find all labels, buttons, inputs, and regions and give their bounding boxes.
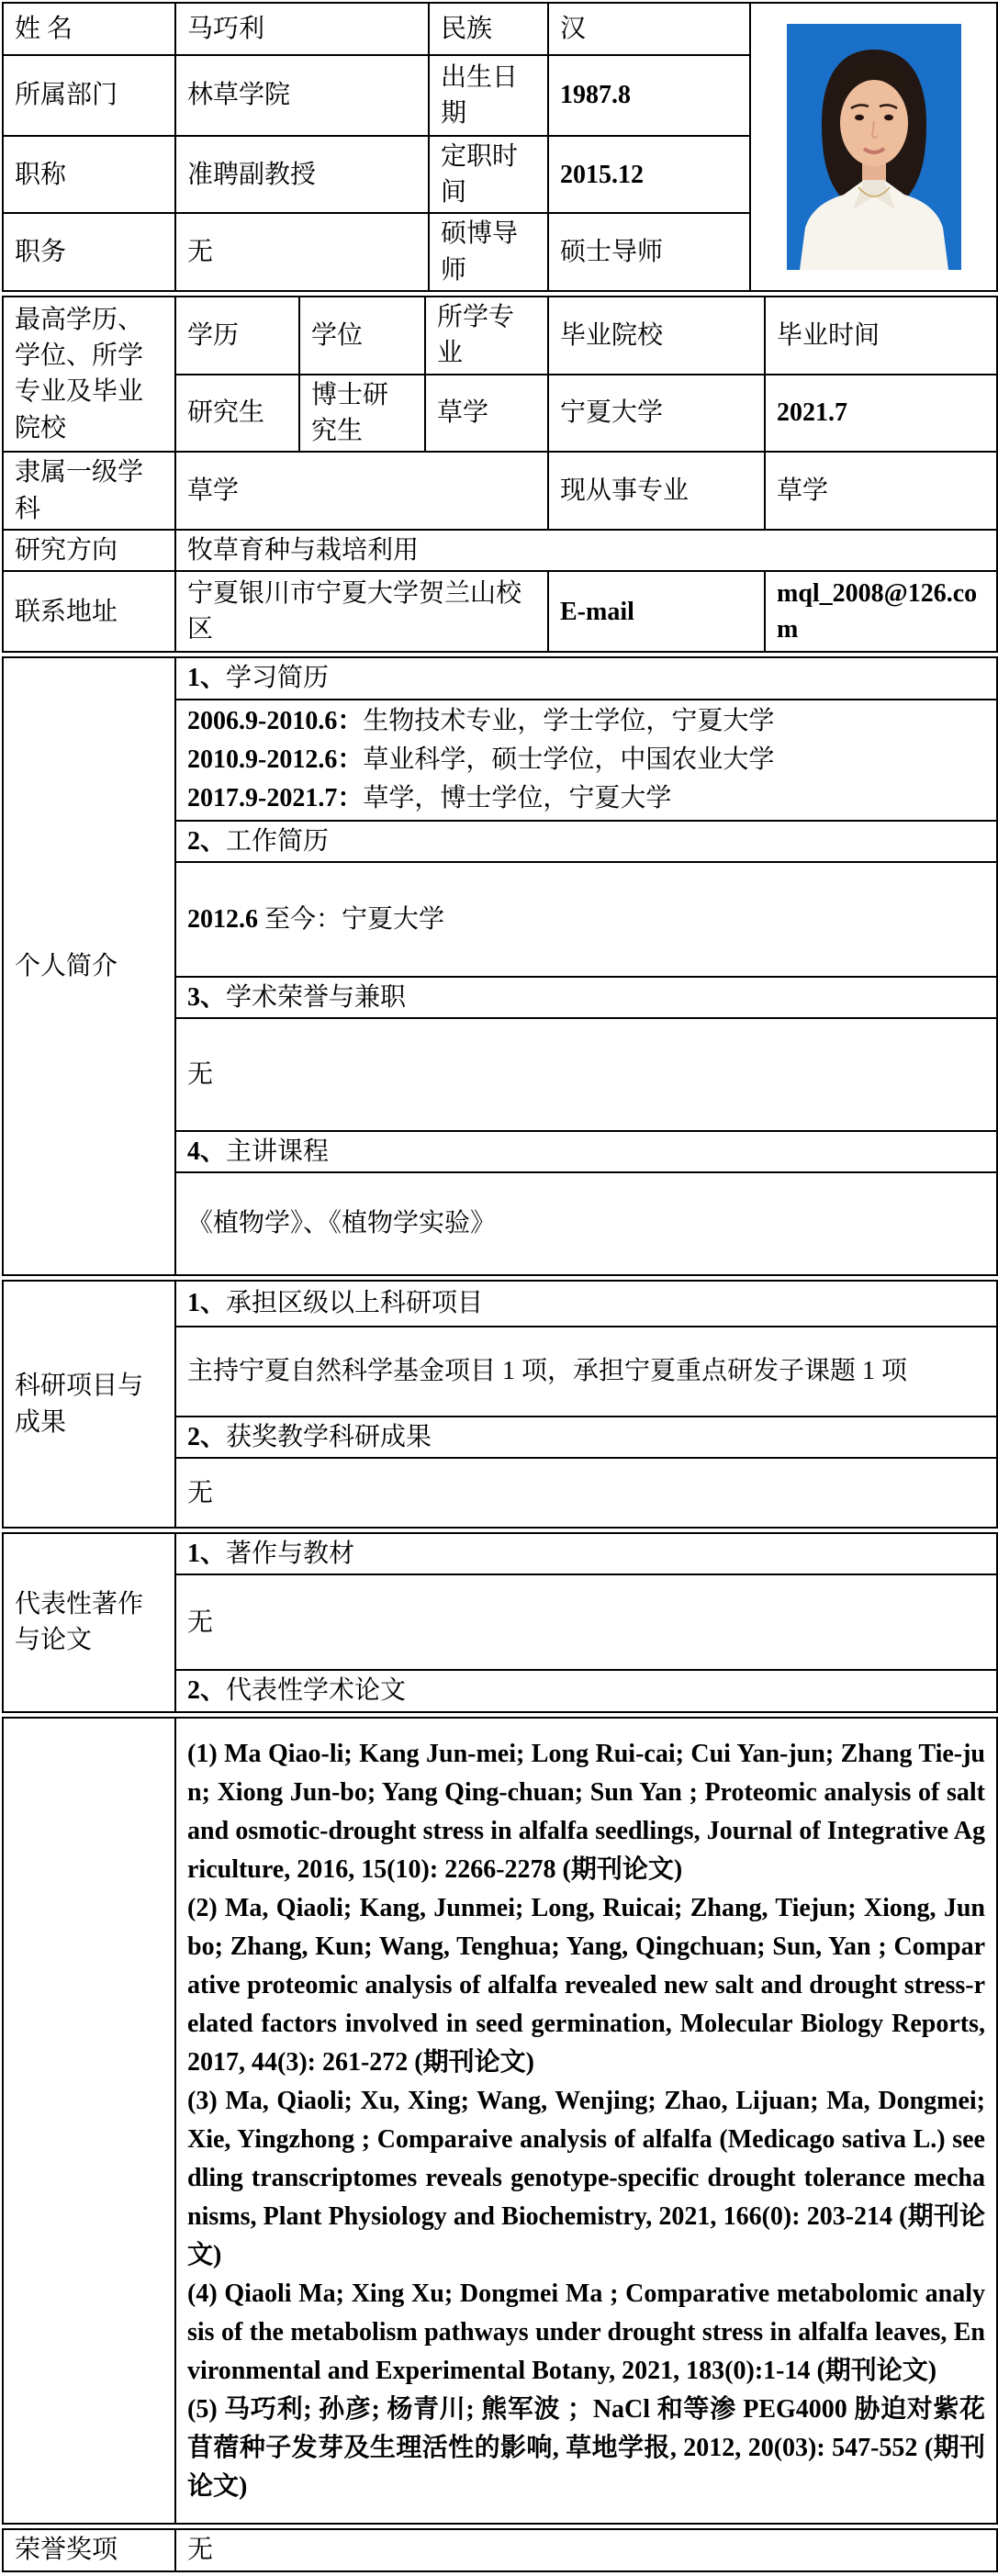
- work-history-cell: 2012.6 至今：宁夏大学: [175, 862, 997, 977]
- study-history-cell: 2006.9-2010.6：生物技术专业，学士学位，宁夏大学 2010.9-20…: [175, 700, 997, 821]
- department-label: 所属部门: [3, 55, 175, 136]
- courses-cell: 《植物学》、《植物学实验》: [175, 1172, 997, 1275]
- first-discipline-value: 草学: [175, 452, 548, 530]
- honor-awards-table: 荣誉奖项 无: [2, 2528, 998, 2572]
- profile-section-study-header: 1、学习简历: [175, 657, 997, 699]
- section-title: 主讲课程: [226, 1137, 329, 1166]
- books-cell: 无: [175, 1574, 997, 1670]
- tenure-time-label: 定职时间: [429, 136, 548, 213]
- projects-cell: 主持宁夏自然科学基金项目 1 项，承担宁夏重点研发子课题 1 项: [175, 1327, 997, 1417]
- publication-item: (3) Ma, Qiaoli; Xu, Xing; Wang, Wenjing;…: [187, 2082, 985, 2275]
- publication-item: (2) Ma, Qiaoli; Kang, Junmei; Long, Ruic…: [187, 1889, 985, 2082]
- research-projects-label: 科研项目与成果: [3, 1281, 175, 1528]
- tenure-time-value: 2015.12: [548, 136, 750, 213]
- research-projects-table: 科研项目与成果 1、承担区级以上科研项目 主持宁夏自然科学基金项目 1 项，承担…: [2, 1280, 998, 1529]
- edu-header-grad-time: 毕业时间: [765, 297, 997, 375]
- section-title: 代表性学术论文: [226, 1676, 406, 1705]
- section-title: 工作简历: [226, 827, 329, 856]
- section-number: 2、: [187, 827, 226, 856]
- title-value: 准聘副教授: [175, 136, 429, 213]
- work-text: 至今：宁夏大学: [258, 905, 444, 934]
- edu-header-school: 毕业院校: [548, 297, 765, 375]
- contact-address-value: 宁夏银川市宁夏大学贺兰山校区: [175, 571, 548, 652]
- research-section-projects-header: 1、承担区级以上科研项目: [175, 1281, 997, 1327]
- edu-value-major: 草学: [425, 375, 548, 452]
- representative-works-label: 代表性著作与论文: [3, 1533, 175, 1711]
- publications-cell: (1) Ma Qiao-li; Kang Jun-mei; Long Rui-c…: [175, 1718, 997, 2524]
- ethnicity-label: 民族: [429, 3, 548, 55]
- department-value: 林草学院: [175, 55, 429, 136]
- section-number: 4、: [187, 1137, 226, 1166]
- section-title: 学术荣誉与兼职: [226, 983, 406, 1012]
- profile-section-honors-header: 3、学术荣誉与兼职: [175, 977, 997, 1018]
- research-direction-label: 研究方向: [3, 530, 175, 571]
- contact-address-label: 联系地址: [3, 571, 175, 652]
- research-direction-value: 牧草育种与栽培利用: [175, 530, 997, 571]
- email-value: mql_2008@126.com: [765, 571, 997, 652]
- publication-item: (5) 马巧利; 孙彦; 杨青川; 熊军波 ；NaCl 和等渗 PEG4000 …: [187, 2391, 985, 2506]
- edu-value-grad-time: 2021.7: [765, 375, 997, 452]
- supervisor-value: 硕士导师: [548, 213, 750, 290]
- study-dates: 2010.9-2012.6：: [187, 745, 363, 774]
- study-history-entry: 2006.9-2010.6：生物技术专业，学士学位，宁夏大学: [187, 702, 985, 741]
- duty-value: 无: [175, 213, 429, 290]
- study-history-entry: 2010.9-2012.6：草业科学，硕士学位，中国农业大学: [187, 741, 985, 779]
- section-title: 学习简历: [226, 664, 329, 692]
- first-discipline-label: 隶属一级学科: [3, 452, 175, 530]
- work-date: 2012.6: [187, 905, 258, 934]
- ethnicity-value: 汉: [548, 3, 750, 55]
- supervisor-label: 硕博导师: [429, 213, 548, 290]
- current-major-value: 草学: [765, 452, 997, 530]
- honor-awards-label: 荣誉奖项: [3, 2529, 175, 2571]
- education-table: 最高学历、学位、所学专业及毕业院校 学历 学位 所学专业 毕业院校 毕业时间 研…: [2, 296, 998, 654]
- edu-header-degree-level: 学历: [175, 297, 299, 375]
- publications-table: (1) Ma Qiao-li; Kang Jun-mei; Long Rui-c…: [2, 1717, 998, 2525]
- publication-item: (1) Ma Qiao-li; Kang Jun-mei; Long Rui-c…: [187, 1735, 985, 1889]
- publication-item: (4) Qiaoli Ma; Xing Xu; Dongmei Ma ; Com…: [187, 2275, 985, 2391]
- highest-education-label: 最高学历、学位、所学专业及毕业院校: [3, 297, 175, 452]
- section-title: 获奖教学科研成果: [226, 1423, 432, 1451]
- research-section-awards-header: 2、获奖教学科研成果: [175, 1417, 997, 1458]
- email-label: E-mail: [548, 571, 765, 652]
- study-dates: 2006.9-2010.6：: [187, 707, 363, 735]
- works-section-papers-header: 2、代表性学术论文: [175, 1670, 997, 1711]
- section-number: 2、: [187, 1676, 226, 1705]
- study-text: 草学，博士学位，宁夏大学: [363, 784, 671, 812]
- portrait-photo-graphic: [787, 24, 961, 270]
- current-major-label: 现从事专业: [548, 452, 765, 530]
- publications-spacer-cell: [3, 1718, 175, 2524]
- section-number: 2、: [187, 1423, 226, 1451]
- section-title: 承担区级以上科研项目: [226, 1289, 483, 1317]
- birth-date-label: 出生日期: [429, 55, 548, 136]
- study-text: 生物技术专业，学士学位，宁夏大学: [363, 707, 774, 735]
- edu-header-major: 所学专业: [425, 297, 548, 375]
- title-label: 职称: [3, 136, 175, 213]
- photo-cell: [750, 3, 997, 291]
- works-section-books-header: 1、著作与教材: [175, 1533, 997, 1574]
- academic-honors-cell: 无: [175, 1018, 997, 1131]
- section-number: 1、: [187, 664, 226, 692]
- section-number: 1、: [187, 1540, 226, 1568]
- section-title: 著作与教材: [226, 1540, 354, 1568]
- id-photo: [762, 24, 985, 270]
- study-dates: 2017.9-2021.7：: [187, 784, 363, 812]
- birth-date-value: 1987.8: [548, 55, 750, 136]
- edu-value-school: 宁夏大学: [548, 375, 765, 452]
- profile-section-courses-header: 4、主讲课程: [175, 1131, 997, 1172]
- edu-value-degree-level: 研究生: [175, 375, 299, 452]
- duty-label: 职务: [3, 213, 175, 290]
- edu-header-degree: 学位: [299, 297, 425, 375]
- edu-value-degree: 博士研究生: [299, 375, 425, 452]
- representative-works-table: 代表性著作与论文 1、著作与教材 无 2、代表性学术论文: [2, 1532, 998, 1712]
- study-text: 草业科学，硕士学位，中国农业大学: [363, 745, 774, 774]
- awards-cell: 无: [175, 1458, 997, 1528]
- personal-profile-label: 个人简介: [3, 657, 175, 1275]
- honor-awards-value: 无: [175, 2529, 997, 2571]
- section-number: 1、: [187, 1289, 226, 1317]
- section-number: 3、: [187, 983, 226, 1012]
- profile-section-work-header: 2、工作简历: [175, 821, 997, 862]
- basic-info-table: 姓 名 马巧利 民族 汉: [2, 2, 998, 292]
- name-label: 姓 名: [3, 3, 175, 55]
- name-value: 马巧利: [175, 3, 429, 55]
- study-history-entry: 2017.9-2021.7：草学，博士学位，宁夏大学: [187, 779, 985, 818]
- personal-profile-table: 个人简介 1、学习简历 2006.9-2010.6：生物技术专业，学士学位，宁夏…: [2, 656, 998, 1276]
